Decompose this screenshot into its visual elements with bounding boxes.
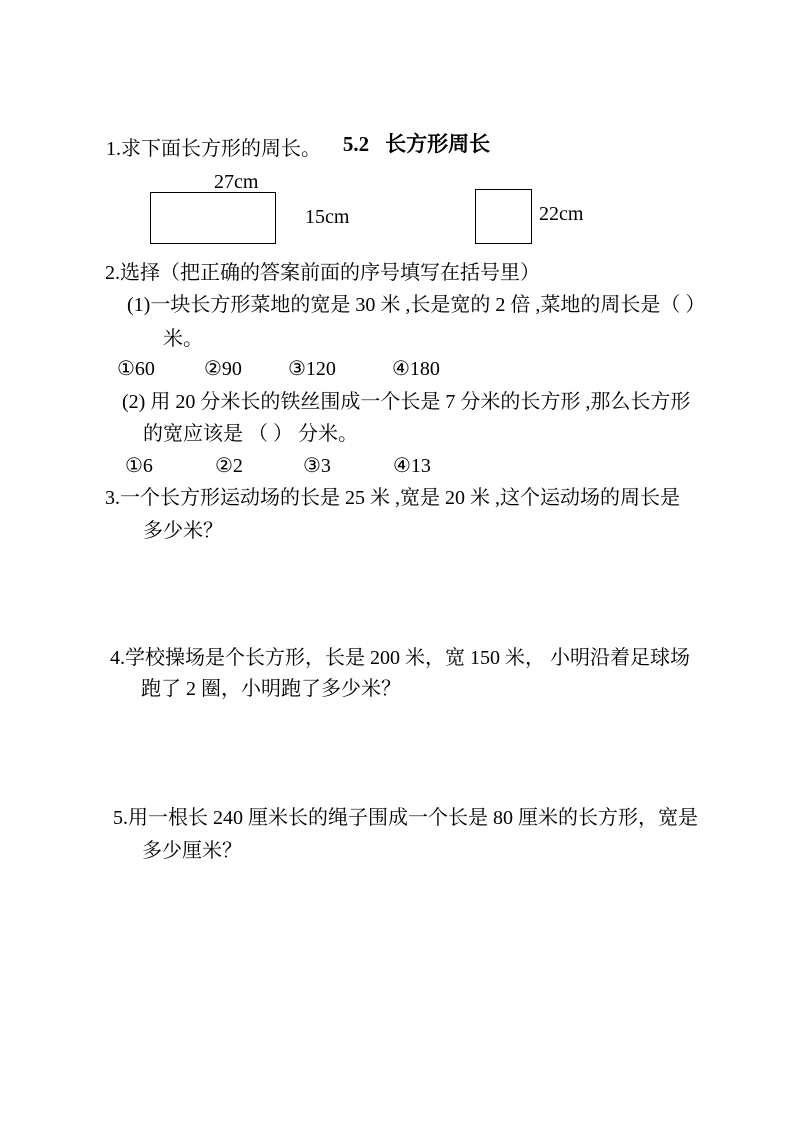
rectangle-side-dimension-label: 15cm [305, 202, 349, 232]
question-4-line1: 4.学校操场是个长方形，长是 200 米，宽 150 米， 小明沿着足球场 [110, 643, 690, 673]
question-4-line2: 跑了 2 圈，小明跑了多少米？ [141, 674, 401, 704]
choice-2-1-option-1: ①60 [117, 354, 155, 384]
question-3-line2: 多少米？ [143, 516, 223, 546]
choice-2-2-option-2: ②2 [215, 451, 243, 481]
choice-2-2-option-3: ③3 [303, 451, 331, 481]
choice-2-2-option-4: ④13 [393, 451, 431, 481]
question-5-line1: 5.用一根长 240 厘米长的绳子围成一个长是 80 厘米的长方形，宽是 [113, 803, 698, 833]
question-5-line2: 多少厘米？ [142, 836, 242, 866]
question-3-line1: 3.一个长方形运动场的长是 25 米 ,宽是 20 米 ,这个运动场的周长是 [105, 483, 680, 513]
rectangle-shape [150, 192, 276, 244]
square-shape [475, 189, 532, 244]
choice-2-1-option-3: ③120 [288, 354, 336, 384]
question-2-1-line2: 米。 [163, 324, 203, 354]
choice-2-1-option-2: ②90 [204, 354, 242, 384]
worksheet-page: 5.2长方形周长 1.求下面长方形的周长。 27cm 15cm 22cm 2.选… [0, 0, 793, 1122]
title-section-number: 5.2 [343, 132, 369, 156]
question-2-heading: 2.选择（把正确的答案前面的序号填写在括号里） [105, 258, 540, 288]
choice-2-1-option-4: ④180 [392, 354, 440, 384]
choice-2-2-option-1: ①6 [125, 451, 153, 481]
question-2-2-line1: (2) 用 20 分米长的铁丝围成一个长是 7 分米的长方形 ,那么长方形 [122, 387, 690, 417]
question-2-2-line2: 的宽应该是 （ ） 分米。 [143, 419, 358, 449]
title-text: 长方形周长 [385, 133, 490, 156]
question-1-text: 1.求下面长方形的周长。 [106, 134, 321, 164]
question-2-1-line1: (1)一块长方形菜地的宽是 30 米 ,长是宽的 2 倍 ,菜地的周长是（ ） [127, 290, 705, 320]
square-side-dimension-label: 22cm [539, 199, 583, 229]
